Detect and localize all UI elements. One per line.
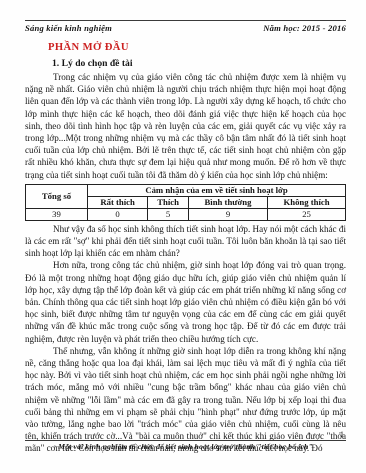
header-left-text: Sáng kiến kinh nghiệm [25, 23, 112, 33]
page-footer: 1 Một vài kinh nghiệm tổ chức để tiết si… [25, 429, 346, 451]
table-cell-binh-thuong: 9 [188, 208, 267, 220]
table-header-span: Cảm nhận của em về tiết sinh hoạt lớp [88, 184, 346, 196]
footer-rule [25, 440, 346, 441]
main-title: PHẦN MỞ ĐẦU [48, 42, 346, 53]
table-row: 39 0 5 9 25 [26, 208, 346, 220]
header-right-text: Năm học: 2015 - 2016 [263, 23, 346, 33]
section-heading: 1. Lý do chọn đề tài [52, 58, 346, 69]
footer-text: Một vài kinh nghiệm tổ chức để tiết sinh… [25, 442, 346, 451]
header-rule [25, 20, 346, 21]
page-content: Sáng kiến kinh nghiệm Năm học: 2015 - 20… [25, 20, 346, 455]
table-cell-rat-thich: 0 [88, 208, 148, 220]
table-header-khong-thich: Không thích [268, 196, 346, 208]
table-header-binh-thuong: Bình thường [188, 196, 267, 208]
document-page: Sáng kiến kinh nghiệm Năm học: 2015 - 20… [0, 0, 366, 473]
table-header-total: Tổng số [26, 184, 88, 208]
paragraph-3: Hơn nữa, trong công tác chủ nhiệm, giờ s… [25, 259, 346, 344]
paragraph-2: Như vậy đa số học sinh không thích tiết … [25, 223, 346, 260]
table-header-rat-thich: Rất thích [88, 196, 148, 208]
table-cell-khong-thich: 25 [268, 208, 346, 220]
page-number: 1 [25, 429, 346, 439]
survey-table: Tổng số Cảm nhận của em về tiết sinh hoạ… [25, 184, 346, 221]
table-cell-thich: 5 [148, 208, 189, 220]
table-row: Tổng số Cảm nhận của em về tiết sinh hoạ… [26, 184, 346, 196]
table-cell-total: 39 [26, 208, 88, 220]
table-header-thich: Thích [148, 196, 189, 208]
page-header: Sáng kiến kinh nghiệm Năm học: 2015 - 20… [25, 23, 346, 33]
paragraph-1: Trong các nhiệm vụ của giáo viên công tá… [25, 71, 346, 181]
